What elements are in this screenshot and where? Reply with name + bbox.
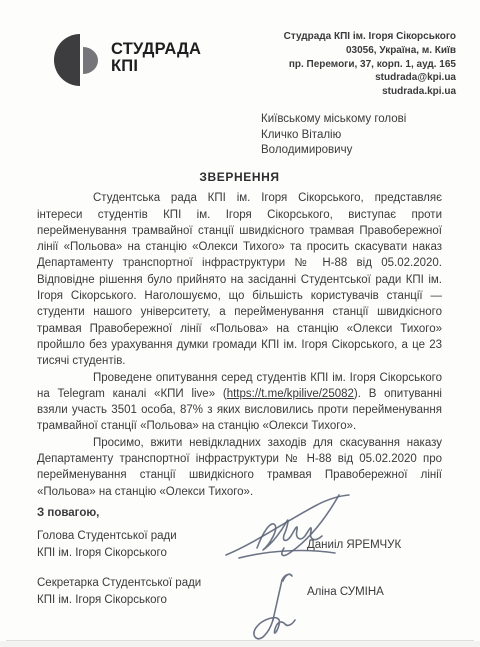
recipient-block: Київському міському голові Кличко Віталі…: [261, 112, 406, 159]
signatory-role-line: КПІ ім. Ігоря Сікорського: [37, 545, 177, 562]
signatory-role-line: КПІ ім. Ігоря Сікорського: [37, 592, 201, 609]
half-circle-logo-icon: [54, 29, 99, 87]
paragraph-3: Просимо, вжити невідкладних заходів для …: [37, 435, 442, 500]
handwritten-signature-yaremchuk: [223, 492, 365, 570]
letter-title: ЗВЕРНЕННЯ: [37, 169, 442, 185]
org-address-line: Студрада КПІ ім. Ігоря Сікорського: [284, 30, 456, 44]
signatory-row-secretary: Секретарка Студентської ради КПІ ім. Іго…: [37, 575, 442, 609]
logo-wordmark-line2: КПІ: [111, 58, 201, 76]
logo-wordmark: СТУДРАДА КПІ: [111, 41, 201, 76]
signatory-row-head: Голова Студентської ради КПІ ім. Ігоря С…: [37, 528, 442, 562]
recipient-line: Володимировичу: [261, 143, 406, 159]
logo-wordmark-line1: СТУДРАДА: [111, 41, 201, 59]
paragraph-2: Проведене опитування серед студентів КПІ…: [37, 370, 442, 435]
studrada-logo: СТУДРАДА КПІ: [54, 29, 201, 87]
signatory-role-line: Голова Студентської ради: [37, 528, 177, 545]
org-address-line: 03056, Україна, м. Київ: [284, 44, 456, 58]
org-website: studrada.kpi.ua: [284, 85, 456, 99]
handwritten-signature-sumina: [247, 571, 309, 647]
recipient-line: Кличко Віталію: [261, 128, 406, 144]
scan-bottom-shade: [0, 641, 480, 647]
org-address-block: Студрада КПІ ім. Ігоря Сікорського 03056…: [284, 30, 456, 99]
signatory-role: Голова Студентської ради КПІ ім. Ігоря С…: [37, 528, 177, 562]
scan-bottom-edge-line: [6, 640, 474, 641]
org-email: studrada@kpi.ua: [284, 71, 456, 85]
telegram-poll-link[interactable]: https://t.me/kpilive/25082: [227, 388, 354, 400]
signatory-role: Секретарка Студентської ради КПІ ім. Іго…: [37, 575, 201, 609]
signatory-name: Аліна СУМІНА: [307, 584, 442, 601]
closing-salutation: З повагою,: [37, 505, 442, 521]
letterhead: СТУДРАДА КПІ Студрада КПІ ім. Ігоря Сіко…: [54, 28, 456, 99]
logo-gray-half-circle: [83, 47, 98, 74]
paragraph-1: Студентська рада КПІ ім. Ігоря Сікорсько…: [37, 190, 442, 369]
signatory-name: Даниіл ЯРЕМЧУК: [307, 537, 442, 554]
scanned-letter-page: СТУДРАДА КПІ Студрада КПІ ім. Ігоря Сіко…: [0, 0, 480, 647]
recipient-line: Київському міському голові: [261, 112, 406, 128]
org-address-line: пр. Перемоги, 37, корп. 1, ауд. 165: [284, 58, 456, 72]
logo-dark-half-circle: [54, 34, 80, 86]
signatory-role-line: Секретарка Студентської ради: [37, 575, 201, 592]
letter-content: ЗВЕРНЕННЯ Студентська рада КПІ ім. Ігоря…: [37, 169, 442, 609]
